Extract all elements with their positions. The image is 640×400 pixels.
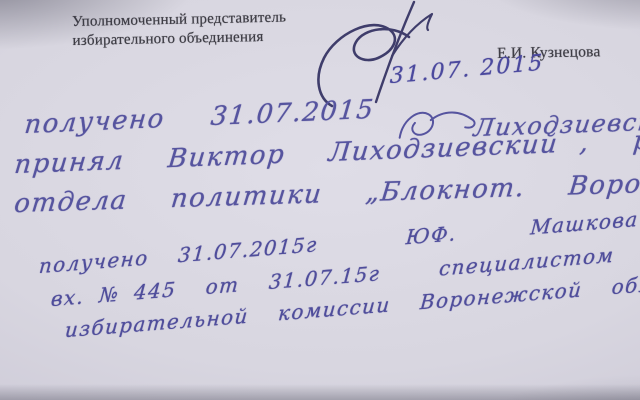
printed-role-title: Уполномоченный представитель избирательн… bbox=[72, 9, 287, 51]
role-line2: избирательного объединения bbox=[72, 28, 286, 51]
document-photo: Уполномоченный представитель избирательн… bbox=[0, 0, 640, 400]
kuznetsova-signature-icon bbox=[312, 0, 444, 110]
received-date: 31.07.2015 bbox=[209, 95, 376, 132]
received-label: получено bbox=[23, 104, 166, 140]
middle-note-line1: получено 31.07.2015 bbox=[23, 95, 376, 140]
